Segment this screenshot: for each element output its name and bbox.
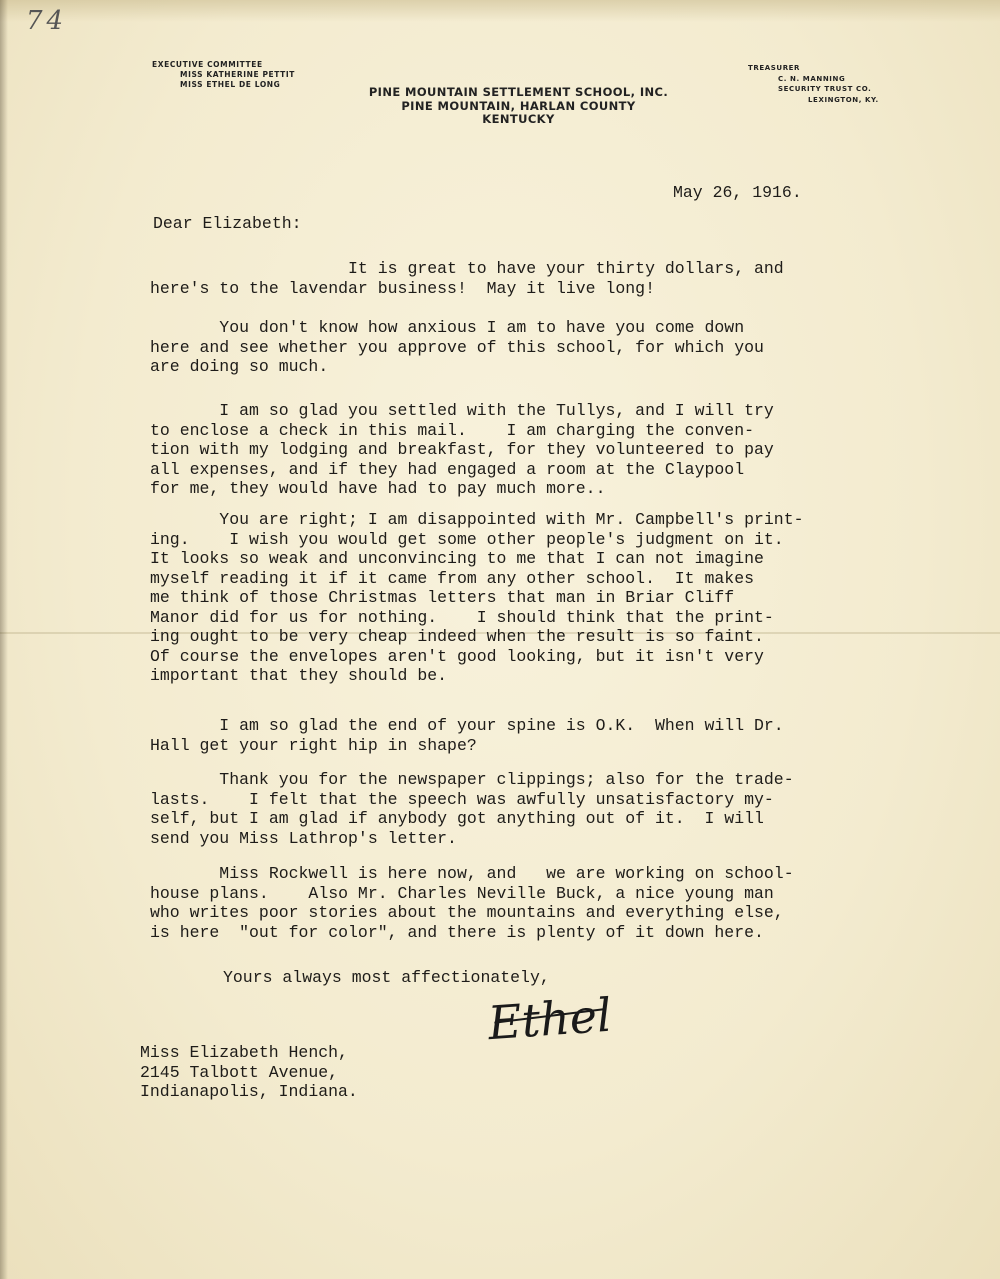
salutation: Dear Elizabeth: [153, 214, 302, 234]
recipient-street: 2145 Talbott Avenue, [140, 1063, 358, 1083]
text-line: to enclose a check in this mail. I am ch… [150, 421, 910, 441]
letterhead-school-name: PINE MOUNTAIN SETTLEMENT SCHOOL, INC. PI… [336, 86, 701, 127]
committee-heading: EXECUTIVE COMMITTEE [152, 60, 295, 70]
recipient-name: Miss Elizabeth Hench, [140, 1043, 358, 1063]
text-line: who writes poor stories about the mounta… [150, 903, 910, 923]
paragraph-5: I am so glad the end of your spine is O.… [150, 716, 910, 755]
letterhead-executive-committee: EXECUTIVE COMMITTEE Miss Katherine Petti… [152, 60, 295, 90]
school-location: PINE MOUNTAIN, HARLAN COUNTY [336, 100, 701, 114]
text-line: It looks so weak and unconvincing to me … [150, 549, 910, 569]
text-line: is here "out for color", and there is pl… [150, 923, 910, 943]
paragraph-4: You are right; I am disappointed with Mr… [150, 510, 910, 686]
committee-member: Miss Katherine Pettit [152, 70, 295, 80]
text-line: all expenses, and if they had engaged a … [150, 460, 910, 480]
text-line: are doing so much. [150, 357, 910, 377]
text-line: I am so glad you settled with the Tullys… [150, 401, 910, 421]
text-line: me think of those Christmas letters that… [150, 588, 910, 608]
text-line: for me, they would have had to pay much … [150, 479, 910, 499]
text-line: here's to the lavendar business! May it … [150, 279, 910, 299]
text-line: important that they should be. [150, 666, 910, 686]
school-state: KENTUCKY [336, 113, 701, 127]
text-line: tion with my lodging and breakfast, for … [150, 440, 910, 460]
text-line: Thank you for the newspaper clippings; a… [150, 770, 910, 790]
paragraph-1: It is great to have your thirty dollars,… [150, 259, 910, 298]
text-line: send you Miss Lathrop's letter. [150, 829, 910, 849]
recipient-city: Indianapolis, Indiana. [140, 1082, 358, 1102]
text-line: Manor did for us for nothing. I should t… [150, 608, 910, 628]
letterhead-treasurer: TREASURER C. N. Manning Security Trust C… [748, 63, 879, 105]
school-name: PINE MOUNTAIN SETTLEMENT SCHOOL, INC. [336, 86, 701, 100]
text-line: house plans. Also Mr. Charles Neville Bu… [150, 884, 910, 904]
archive-number: 74 [26, 6, 67, 36]
text-line: lasts. I felt that the speech was awfull… [150, 790, 910, 810]
text-line: You are right; I am disappointed with Mr… [150, 510, 910, 530]
treasurer-name: C. N. Manning [748, 74, 879, 85]
treasurer-heading: TREASURER [748, 63, 879, 74]
treasurer-location: Lexington, Ky. [748, 95, 879, 106]
paragraph-7: Miss Rockwell is here now, and we are wo… [150, 864, 910, 942]
paragraph-2: You don't know how anxious I am to have … [150, 318, 910, 377]
closing: Yours always most affectionately, [223, 968, 550, 988]
text-line: You don't know how anxious I am to have … [150, 318, 910, 338]
handwritten-signature: Ethel [486, 988, 613, 1050]
text-line: I am so glad the end of your spine is O.… [150, 716, 910, 736]
treasurer-company: Security Trust Co. [748, 84, 879, 95]
letter-date: May 26, 1916. [673, 183, 802, 203]
letter-page: 74 EXECUTIVE COMMITTEE Miss Katherine Pe… [0, 0, 1000, 1279]
text-line: It is great to have your thirty dollars,… [150, 259, 910, 279]
paragraph-3: I am so glad you settled with the Tullys… [150, 401, 910, 499]
recipient-address: Miss Elizabeth Hench, 2145 Talbott Avenu… [140, 1043, 358, 1102]
text-line: ing ought to be very cheap indeed when t… [150, 627, 910, 647]
paragraph-6: Thank you for the newspaper clippings; a… [150, 770, 910, 848]
text-line: self, but I am glad if anybody got anyth… [150, 809, 910, 829]
text-line: here and see whether you approve of this… [150, 338, 910, 358]
text-line: myself reading it if it came from any ot… [150, 569, 910, 589]
text-line: ing. I wish you would get some other peo… [150, 530, 910, 550]
text-line: Hall get your right hip in shape? [150, 736, 910, 756]
text-line: Miss Rockwell is here now, and we are wo… [150, 864, 910, 884]
committee-member: Miss Ethel de Long [152, 80, 295, 90]
text-line: Of course the envelopes aren't good look… [150, 647, 910, 667]
